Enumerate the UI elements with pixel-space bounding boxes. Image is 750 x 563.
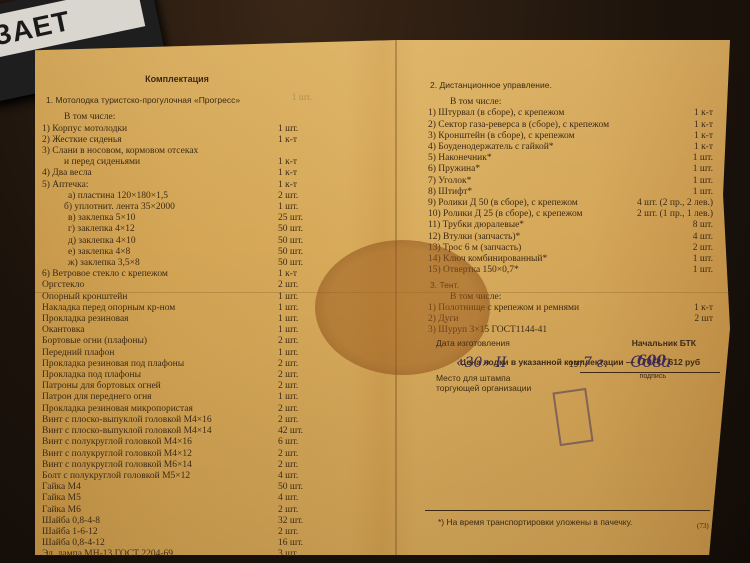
item-text: Гайка М4 (42, 482, 81, 493)
signature-caption: подпись (640, 373, 666, 383)
list-item: и перед сиденьями1 к-т (42, 157, 312, 168)
year-prefix: 197 (569, 359, 583, 369)
item-text: Прокладка резиновая микропористая (42, 404, 193, 415)
item-qty: 16 шт. (278, 538, 312, 549)
list-item: Гайка М450 шт. (42, 482, 312, 493)
item-qty: 2 шт. (278, 280, 312, 291)
item-text: Эл. лампа МН-13 ГОСТ 2204-69 (42, 549, 173, 560)
list-item: Винт с плоско-выпуклой головкой М4×162 ш… (42, 415, 312, 426)
list-item: Винт с плоско-выпуклой головкой М4×1442 … (42, 426, 312, 437)
section-2-heading: 2. Дистанционное управление. (430, 80, 713, 91)
item-qty: 2 шт. (278, 404, 312, 415)
list-item: Шайба 0,8-4-1216 шт. (42, 538, 312, 549)
list-item: Накладка перед опорным кр-ном1 шт. (42, 303, 312, 314)
stamp-mark (552, 388, 593, 446)
item-qty: 6 шт. (278, 437, 312, 448)
date-handwritten: «30» II (456, 355, 506, 371)
item-text: 4) Два весла (42, 168, 92, 179)
page-number: (73) (697, 522, 709, 530)
item-qty: 1 к-т (278, 157, 312, 168)
item-qty: 1 шт. (278, 124, 312, 135)
list-item: 1) Штурвал (в сборе), с крепежом1 к-т (428, 108, 713, 119)
item-text: г) заклепка 4×12 (68, 224, 135, 235)
item-qty: 1 к-т (623, 142, 713, 153)
list-item: Гайка М62 шт. (42, 505, 312, 516)
item-qty: 1 к-т (278, 269, 312, 280)
item-qty: 4 шт. (623, 232, 713, 243)
date-label: Дата изготовления (436, 338, 510, 348)
item-qty: 2 шт. (278, 449, 312, 460)
item-text: Шайба 0,8-4-12 (42, 538, 105, 549)
footnote-rule (425, 510, 710, 511)
list-item: 5) Наконечник*1 шт. (428, 153, 713, 164)
stamp-label-1: Место для штампа (436, 373, 510, 383)
item-qty: 1 к-т (623, 131, 713, 142)
item-qty: 50 шт. (278, 236, 312, 247)
item-qty: 1 к-т (623, 108, 713, 119)
list-item: Винт с полукруглой головкой М4×166 шт. (42, 437, 312, 448)
item-qty: 1 шт. (623, 254, 713, 265)
item-text: и перед сиденьями (64, 157, 140, 168)
item-qty: 1 к-т (623, 303, 713, 314)
list-item: Болт с полукруглой головкой М5×124 шт. (42, 471, 312, 482)
list-item: Шайба 1-6-122 шт. (42, 527, 312, 538)
signature-block: Дата изготовления Начальник БТК «30» II … (436, 338, 716, 393)
item-text: 8) Штифт* (428, 187, 472, 198)
section-1-heading: 1. Мотолодка туристско-прогулочная «Прог… (42, 93, 312, 112)
item-text: 11) Трубки дюралевые* (428, 220, 524, 231)
item-qty: 32 шт. (278, 516, 312, 527)
item-text: Шайба 0,8-4-8 (42, 516, 100, 527)
list-item: 8) Штифт*1 шт. (428, 187, 713, 198)
item-text: Винт с плоско-выпуклой головкой М4×16 (42, 415, 212, 426)
item-qty: 1 к-т (278, 180, 312, 191)
item-text: Прокладка под плафоны (42, 370, 141, 381)
item-qty: 1 шт. (623, 153, 713, 164)
item-qty (278, 146, 312, 157)
item-text: б) уплотнит. лента 35×2000 (64, 202, 175, 213)
right-item-list: 1) Штурвал (в сборе), с крепежом1 к-т2) … (428, 108, 713, 276)
item-text: 5) Наконечник* (428, 153, 492, 164)
list-item: а) пластина 120×180×1,52 шт. (42, 191, 312, 202)
list-item: Прокладка резиновая под плафоны2 шт. (42, 359, 312, 370)
item-text: Оргстекло (42, 280, 84, 291)
item-qty: 1 шт. (623, 187, 713, 198)
item-qty: 2 шт. (278, 527, 312, 538)
list-item: Прокладка резиновая1 шт. (42, 314, 312, 325)
list-item: ж) заклепка 3,5×850 шт. (42, 258, 312, 269)
list-item: 10) Ролики Д 25 (в сборе), с крепежом2 ш… (428, 209, 713, 220)
item-text: 6) Пружина* (428, 164, 480, 175)
list-item: Прокладка под плафоны2 шт. (42, 370, 312, 381)
list-item: Эл. лампа МН-13 ГОСТ 2204-693 шт. (42, 549, 312, 560)
list-item: 11) Трубки дюралевые*8 шт. (428, 220, 713, 231)
including-label: В том числе: (42, 112, 312, 123)
item-text: 2) Жесткие сиденья (42, 135, 122, 146)
item-qty: 2 шт. (278, 370, 312, 381)
item-qty: 42 шт. (278, 426, 312, 437)
list-item: Патрон для переднего огня1 шт. (42, 392, 312, 403)
doc-title: Комплектация (102, 74, 252, 85)
list-item: 12) Втулки (запчасть)*4 шт. (428, 232, 713, 243)
list-item: д) заклепка 4×1050 шт. (42, 236, 312, 247)
item-text: е) заклепка 4×8 (68, 247, 130, 258)
list-item: е) заклепка 4×850 шт. (42, 247, 312, 258)
list-item: Окантовка1 шт. (42, 325, 312, 336)
list-item: 6) Ветровое стекло с крепежом1 к-т (42, 269, 312, 280)
item-text: д) заклепка 4×10 (68, 236, 136, 247)
list-item: 1) Корпус мотолодки1 шт. (42, 124, 312, 135)
item-qty: 2 шт. (623, 243, 713, 254)
item-qty: 4 шт. (278, 493, 312, 504)
item-text: Винт с полукруглой головкой М4×16 (42, 437, 192, 448)
item-qty: 8 шт. (623, 220, 713, 231)
list-item: г) заклепка 4×1250 шт. (42, 224, 312, 235)
item-qty: 1 шт. (623, 164, 713, 175)
list-item: 3) Кронштейн (в сборе), с крепежом1 к-т (428, 131, 713, 142)
item-text: 5) Аптечка: (42, 180, 88, 191)
item-text: Винт с полукруглой головкой М6×14 (42, 460, 192, 471)
item-text: 10) Ролики Д 25 (в сборе), с крепежом (428, 209, 583, 220)
item-text: а) пластина 120×180×1,5 (68, 191, 168, 202)
list-item: 9) Ролики Д 50 (в сборе), с крепежом4 шт… (428, 198, 713, 209)
list-item: Опорный кронштейн1 шт. (42, 292, 312, 303)
item-text: ж) заклепка 3,5×8 (68, 258, 140, 269)
item-text: в) заклепка 5×10 (68, 213, 135, 224)
signature: Сова (630, 352, 671, 371)
item-qty: 1 к-т (278, 168, 312, 179)
item-text: Передний плафон (42, 348, 114, 359)
item-qty: 2 шт. (278, 460, 312, 471)
item-text: Прокладка резиновая под плафоны (42, 359, 184, 370)
item-qty: 2 шт. (278, 336, 312, 347)
list-item: в) заклепка 5×1025 шт. (42, 213, 312, 224)
item-qty: 3 шт. (278, 549, 312, 560)
faded-qty: 1 шт. (292, 93, 312, 112)
list-item: Шайба 0,8-4-832 шт. (42, 516, 312, 527)
list-item: Передний плафон1 шт. (42, 348, 312, 359)
list-item: Гайка М54 шт. (42, 493, 312, 504)
item-qty: 1 шт. (623, 176, 713, 187)
item-qty: 2 шт. (278, 505, 312, 516)
list-item: 5) Аптечка:1 к-т (42, 180, 312, 191)
item-qty: 2 шт. (278, 359, 312, 370)
item-text: Окантовка (42, 325, 85, 336)
item-text: 2) Сектор газа-реверса в (сборе), с креп… (428, 120, 609, 131)
item-text: 9) Ролики Д 50 (в сборе), с крепежом (428, 198, 578, 209)
item-qty: 2 шт. (278, 381, 312, 392)
list-item: Патроны для бортовых огней2 шт. (42, 381, 312, 392)
item-text: Прокладка резиновая (42, 314, 129, 325)
item-text: Патроны для бортовых огней (42, 381, 161, 392)
list-item: Винт с полукруглой головкой М6×142 шт. (42, 460, 312, 471)
item-text: 3) Кронштейн (в сборе), с крепежом (428, 131, 575, 142)
chief-label: Начальник БТК (632, 338, 696, 348)
item-text: 1) Штурвал (в сборе), с крепежом (428, 108, 564, 119)
item-qty: 1 шт. (278, 325, 312, 336)
item-text: Бортовые огни (плафоны) (42, 336, 147, 347)
item-qty: 1 к-т (623, 120, 713, 131)
item-qty: 2 шт. (278, 415, 312, 426)
list-item: 13) Трос 6 м (запчасть)2 шт. (428, 243, 713, 254)
left-item-list: 1) Корпус мотолодки1 шт.2) Жесткие сиден… (42, 124, 312, 561)
including-label-2: В том числе: (428, 97, 713, 108)
item-qty: 2 шт. (1 пр., 1 лев.) (623, 209, 713, 220)
list-item: 7) Уголок*1 шт. (428, 176, 713, 187)
list-item: 4) Боуденодержатель с гайкой*1 к-т (428, 142, 713, 153)
item-text: 6) Ветровое стекло с крепежом (42, 269, 168, 280)
item-text: Гайка М5 (42, 493, 81, 504)
signature-line (580, 372, 720, 373)
list-item: 2) Жесткие сиденья1 к-т (42, 135, 312, 146)
list-item: 14) Ключ комбинированный*1 шт. (428, 254, 713, 265)
list-item: 4) Два весла1 к-т (42, 168, 312, 179)
item-qty: 1 к-т (278, 135, 312, 146)
item-text: Гайка М6 (42, 505, 81, 516)
item-qty: 50 шт. (278, 258, 312, 269)
item-text: 4) Боуденодержатель с гайкой* (428, 142, 554, 153)
item-qty: 25 шт. (278, 213, 312, 224)
item-qty: 1 шт. (278, 314, 312, 325)
item-qty: 1 шт. (278, 392, 312, 403)
year-handwritten: 7 г. (583, 355, 608, 371)
item-text: Винт с плоско-выпуклой головкой М4×14 (42, 426, 212, 437)
item-text: Патрон для переднего огня (42, 392, 152, 403)
item-qty: 1 шт. (278, 202, 312, 213)
footnote: *) На время транспортировки уложены в па… (438, 517, 632, 527)
list-item: Бортовые огни (плафоны)2 шт. (42, 336, 312, 347)
left-page: Комплектация 1. Мотолодка туристско-прог… (42, 74, 312, 561)
item-text: 7) Уголок* (428, 176, 471, 187)
list-item: Оргстекло2 шт. (42, 280, 312, 291)
item-qty: 50 шт. (278, 224, 312, 235)
list-item: 3) Слани в носовом, кормовом отсеках (42, 146, 312, 157)
list-item: 6) Пружина*1 шт. (428, 164, 713, 175)
item-qty: 2 шт (623, 314, 713, 325)
list-item: 2) Сектор газа-реверса в (сборе), с креп… (428, 120, 713, 131)
item-text: 12) Втулки (запчасть)* (428, 232, 520, 243)
item-text: 3) Слани в носовом, кормовом отсеках (42, 146, 198, 157)
item-qty: 4 шт. (2 пр., 2 лев.) (623, 198, 713, 209)
item-qty (623, 325, 713, 336)
item-qty: 2 шт. (278, 191, 312, 202)
list-item: б) уплотнит. лента 35×20001 шт. (42, 202, 312, 213)
item-text: Опорный кронштейн (42, 292, 127, 303)
item-qty: 1 шт. (623, 265, 713, 276)
item-text: Винт с полукруглой головкой М4×12 (42, 449, 192, 460)
list-item: Винт с полукруглой головкой М4×122 шт. (42, 449, 312, 460)
item-qty: 1 шт. (278, 292, 312, 303)
item-qty: 4 шт. (278, 471, 312, 482)
item-qty: 1 шт. (278, 303, 312, 314)
item-text: Болт с полукруглой головкой М5×12 (42, 471, 190, 482)
item-qty: 50 шт. (278, 482, 312, 493)
item-qty: 50 шт. (278, 247, 312, 258)
item-qty: 1 шт. (278, 348, 312, 359)
item-text: 1) Корпус мотолодки (42, 124, 127, 135)
list-item: Прокладка резиновая микропористая2 шт. (42, 404, 312, 415)
item-text: Шайба 1-6-12 (42, 527, 98, 538)
item-text: Накладка перед опорным кр-ном (42, 303, 175, 314)
